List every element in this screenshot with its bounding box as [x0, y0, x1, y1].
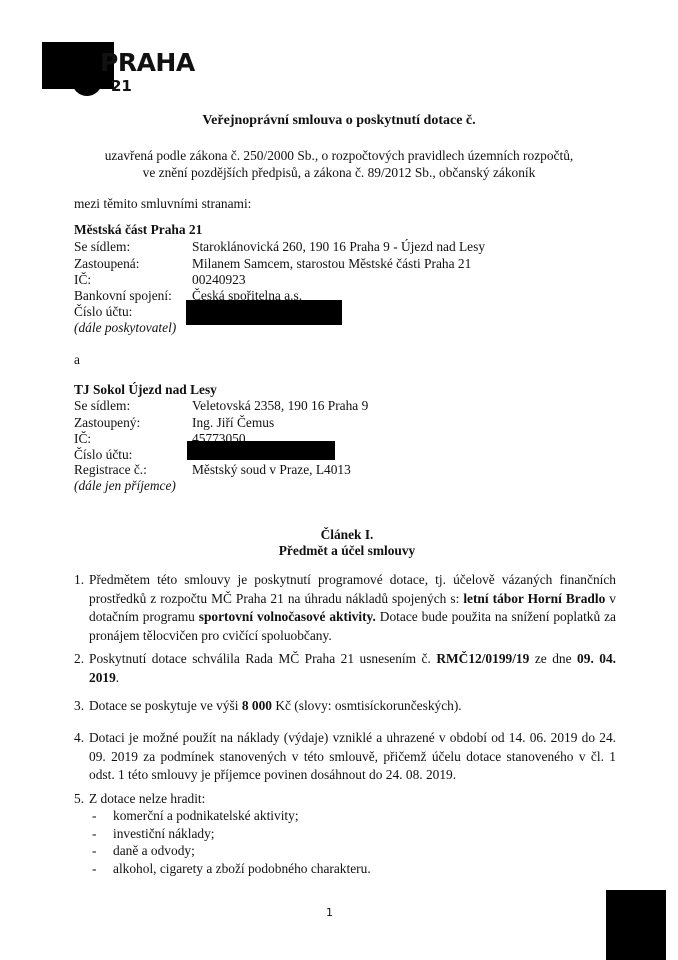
row-label: Bankovní spojení: [74, 288, 172, 304]
provider-name: Městská část Praha 21 [74, 222, 202, 238]
bullet-dash: - [92, 842, 96, 860]
paragraph-4: 4. Dotaci je možné použít na náklady (vý… [74, 729, 616, 785]
row-value: Ing. Jiří Čemus [192, 415, 274, 431]
row-label: Se sídlem: [74, 398, 130, 414]
row-label: IČ: [74, 272, 91, 288]
conjunction: a [74, 352, 80, 368]
list-item: -komerční a podnikatelské aktivity; [92, 807, 371, 825]
recipient-role: (dále jen příjemce) [74, 478, 176, 494]
paragraph-1: 1. Předmětem této smlouvy je poskytnutí … [74, 571, 616, 645]
paragraph-text: Poskytnutí dotace schválila Rada MČ Prah… [89, 650, 616, 687]
list-item: -investiční náklady; [92, 825, 371, 843]
page-number: 1 [326, 906, 333, 919]
paragraph-text: Z dotace nelze hradit: [89, 790, 616, 809]
paragraph-number: 3. [74, 697, 84, 716]
bullet-dash: - [92, 825, 96, 843]
paragraph-3: 3. Dotace se poskytuje ve výši 8 000 Kč … [74, 697, 616, 716]
row-value: Milanem Samcem, starostou Městské části … [192, 256, 471, 272]
subtitle-line-1: uzavřená podle zákona č. 250/2000 Sb., o… [0, 148, 678, 164]
row-label: Číslo účtu: [74, 304, 132, 320]
row-value: Veletovská 2358, 190 16 Praha 9 [192, 398, 368, 414]
bullet-dash: - [92, 807, 96, 825]
row-label: Zastoupená: [74, 256, 139, 272]
subtitle-line-2: ve znění pozdějších předpisů, a zákona č… [0, 165, 678, 181]
row-value: Městský soud v Praze, L4013 [192, 462, 351, 478]
parties-intro: mezi těmito smluvními stranami: [74, 196, 251, 212]
paragraph-text: Dotace se poskytuje ve výši 8 000 Kč (sl… [89, 697, 616, 716]
logo-name: PRAHA [100, 50, 195, 75]
paragraph-5: 5. Z dotace nelze hradit: [74, 790, 616, 809]
recipient-name: TJ Sokol Újezd nad Lesy [74, 382, 217, 398]
logo-mark [72, 76, 102, 96]
paragraph-number: 2. [74, 650, 84, 669]
exclusions-list: -komerční a podnikatelské aktivity; -inv… [92, 807, 371, 877]
provider-account-redaction [186, 300, 342, 325]
document-title: Veřejnoprávní smlouva o poskytnutí dotac… [0, 113, 678, 129]
paragraph-number: 4. [74, 729, 84, 748]
row-value: Staroklánovická 260, 190 16 Praha 9 - Új… [192, 239, 485, 255]
paragraph-text: Dotaci je možné použít na náklady (výdaj… [89, 729, 616, 785]
recipient-account-redaction [187, 441, 335, 460]
corner-redaction [606, 890, 666, 960]
paragraph-2: 2. Poskytnutí dotace schválila Rada MČ P… [74, 650, 616, 687]
logo-number: 21 [111, 79, 132, 94]
bullet-dash: - [92, 860, 96, 878]
row-label: IČ: [74, 431, 91, 447]
paragraph-number: 1. [74, 571, 84, 590]
paragraph-number: 5. [74, 790, 84, 809]
row-value: 00240923 [192, 272, 246, 288]
article-heading: Předmět a účel smlouvy [8, 543, 678, 559]
article-number: Článek I. [8, 527, 678, 543]
row-label: Registrace č.: [74, 462, 147, 478]
paragraph-text: Předmětem této smlouvy je poskytnutí pro… [89, 571, 616, 645]
provider-role: (dále poskytovatel) [74, 320, 176, 336]
list-item: -alkohol, cigarety a zboží podobného cha… [92, 860, 371, 878]
row-label: Číslo účtu: [74, 447, 132, 463]
row-label: Zastoupený: [74, 415, 140, 431]
list-item: -daně a odvody; [92, 842, 371, 860]
row-label: Se sídlem: [74, 239, 130, 255]
